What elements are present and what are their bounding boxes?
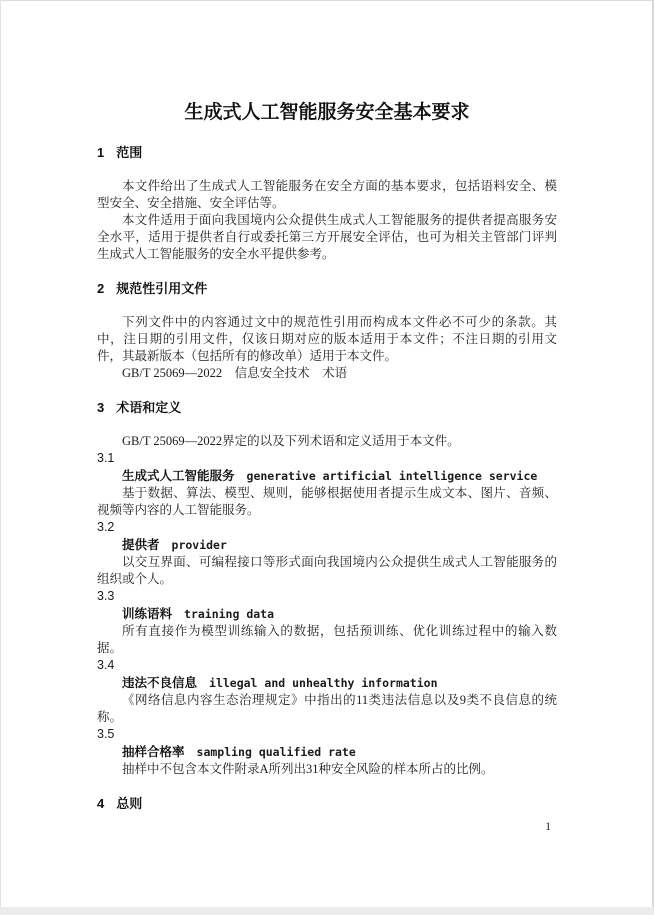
section-number: 4 bbox=[97, 796, 104, 811]
term-heading: 生成式人工智能服务generative artificial intellige… bbox=[97, 467, 557, 485]
term-en-label: provider bbox=[172, 538, 227, 552]
page-bottom-gap bbox=[0, 907, 654, 915]
term-zh-label: 违法不良信息 bbox=[122, 676, 197, 690]
term-zh-label: 生成式人工智能服务 bbox=[122, 469, 235, 483]
term-en-label: sampling qualified rate bbox=[197, 745, 356, 759]
term-zh-label: 训练语料 bbox=[122, 607, 172, 621]
term-number: 3.2 bbox=[97, 519, 557, 536]
section-heading-label: 范围 bbox=[116, 145, 142, 160]
term-number: 3.5 bbox=[97, 726, 557, 743]
page-content: 生成式人工智能服务安全基本要求 1范围 本文件给出了生成式人工智能服务在安全方面… bbox=[0, 0, 654, 812]
section-number: 2 bbox=[97, 281, 104, 296]
page-number: 1 bbox=[545, 820, 551, 834]
term-number: 3.3 bbox=[97, 588, 557, 605]
term-heading: 违法不良信息illegal and unhealthy information bbox=[97, 674, 557, 692]
section-1-heading: 1范围 bbox=[97, 144, 557, 161]
page-edge-left bbox=[0, 0, 1, 915]
paragraph: 本文件给出了生成式人工智能服务在安全方面的基本要求，包括语料安全、模型安全、安全… bbox=[97, 178, 557, 212]
paragraph: 本文件适用于面向我国境内公众提供生成式人工智能服务的提供者提高服务安全水平，适用… bbox=[97, 212, 557, 263]
page-edge-top bbox=[0, 0, 654, 1]
term-en-label: generative artificial intelligence servi… bbox=[247, 469, 538, 483]
term-heading: 提供者provider bbox=[97, 536, 557, 554]
term-definition: 基于数据、算法、模型、规则，能够根据使用者提示生成文本、图片、音频、视频等内容的… bbox=[97, 485, 557, 519]
section-3-intro: GB/T 25069—2022界定的以及下列术语和定义适用于本文件。 bbox=[97, 433, 557, 450]
term-definition: 《网络信息内容生态治理规定》中指出的11类违法信息以及9类不良信息的统称。 bbox=[97, 692, 557, 726]
term-en-label: illegal and unhealthy information bbox=[209, 676, 437, 690]
term-heading: 训练语料training data bbox=[97, 605, 557, 623]
term-definition: 抽样中不包含本文件附录A所列出31种安全风险的样本所占的比例。 bbox=[97, 761, 557, 778]
term-zh-label: 抽样合格率 bbox=[122, 745, 185, 759]
section-heading-label: 规范性引用文件 bbox=[116, 281, 207, 296]
document-page: 生成式人工智能服务安全基本要求 1范围 本文件给出了生成式人工智能服务在安全方面… bbox=[0, 0, 654, 915]
section-heading-label: 总则 bbox=[116, 796, 142, 811]
section-3-heading: 3术语和定义 bbox=[97, 399, 557, 416]
section-heading-label: 术语和定义 bbox=[116, 400, 181, 415]
term-en-label: training data bbox=[184, 607, 274, 621]
reference-entry: GB/T 25069—2022 信息安全技术 术语 bbox=[97, 365, 557, 382]
section-2-heading: 2规范性引用文件 bbox=[97, 280, 557, 297]
section-number: 1 bbox=[97, 145, 104, 160]
term-heading: 抽样合格率sampling qualified rate bbox=[97, 743, 557, 761]
term-definition: 以交互界面、可编程接口等形式面向我国境内公众提供生成式人工智能服务的组织或个人。 bbox=[97, 554, 557, 588]
term-definition: 所有直接作为模型训练输入的数据，包括预训练、优化训练过程中的输入数据。 bbox=[97, 623, 557, 657]
section-number: 3 bbox=[97, 400, 104, 415]
section-4-heading: 4总则 bbox=[97, 795, 557, 812]
term-zh-label: 提供者 bbox=[122, 538, 160, 552]
term-number: 3.4 bbox=[97, 657, 557, 674]
term-number: 3.1 bbox=[97, 450, 557, 467]
paragraph: 下列文件中的内容通过文中的规范性引用而构成本文件必不可少的条款。其中，注日期的引… bbox=[97, 314, 557, 365]
document-title: 生成式人工智能服务安全基本要求 bbox=[97, 99, 557, 127]
